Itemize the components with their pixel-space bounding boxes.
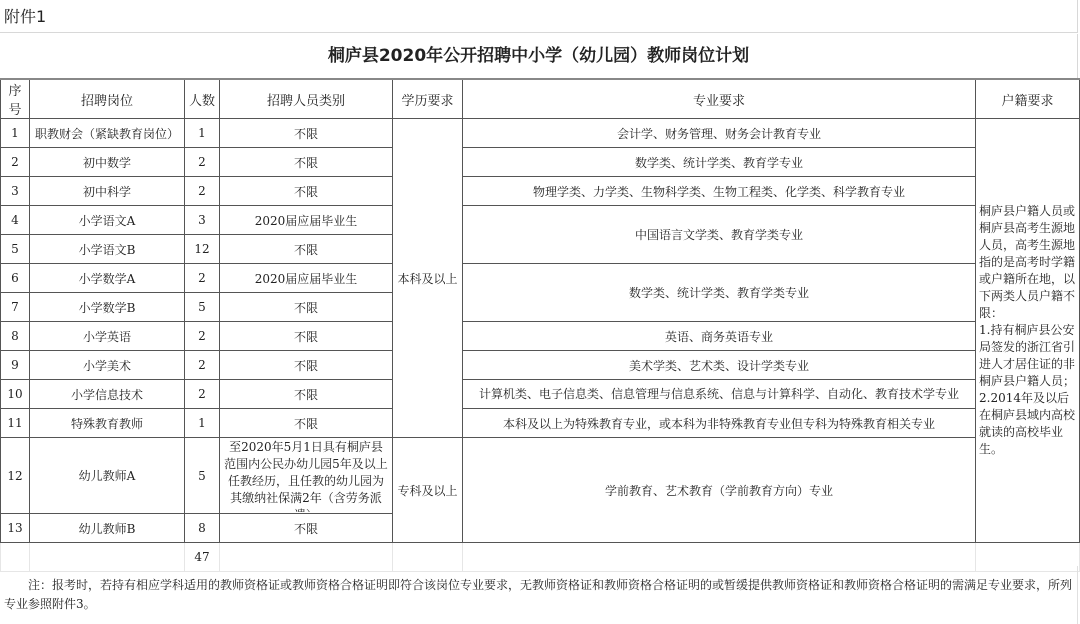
hukou-text-2: 1.持有桐庐县公安局签发的浙江省引进人才居住证的非桐庐县户籍人员； — [979, 322, 1076, 390]
cell-no: 12 — [1, 438, 30, 514]
table-header-row: 序号 招聘岗位 人数 招聘人员类别 学历要求 专业要求 户籍要求 — [1, 79, 1080, 119]
cell-position: 特殊教育教师 — [30, 409, 185, 438]
cell-major: 中国语言文学类、教育学类专业 — [463, 206, 976, 264]
attachment-label: 附件1 — [0, 0, 1078, 33]
header-hukou: 户籍要求 — [976, 79, 1080, 119]
cell-position: 小学英语 — [30, 322, 185, 351]
cell-major: 物理学类、力学类、生物科学类、生物工程类、化学类、科学教育专业 — [463, 177, 976, 206]
header-position: 招聘岗位 — [30, 79, 185, 119]
cell-position: 小学语文B — [30, 235, 185, 264]
cell-position: 初中数学 — [30, 148, 185, 177]
cell-count: 3 — [185, 206, 220, 235]
cell-no: 8 — [1, 322, 30, 351]
cell-no: 9 — [1, 351, 30, 380]
cell-major: 英语、商务英语专业 — [463, 322, 976, 351]
header-major: 专业要求 — [463, 79, 976, 119]
cell-position: 小学信息技术 — [30, 380, 185, 409]
hukou-text-1: 桐庐县户籍人员或桐庐县高考生源地人员，高考生源地指的是高考时学籍或户籍所在地，以… — [979, 203, 1076, 322]
document-title: 桐庐县2020年公开招聘中小学（幼儿园）教师岗位计划 — [0, 34, 1078, 78]
cell-count: 5 — [185, 438, 220, 514]
cell-category: 不限 — [220, 235, 393, 264]
header-no: 序号 — [1, 79, 30, 119]
cell-position: 初中科学 — [30, 177, 185, 206]
header-count: 人数 — [185, 79, 220, 119]
cell-position: 小学数学B — [30, 293, 185, 322]
cell-category: 至2020年5月1日具有桐庐县范围内公民办幼儿园5年及以上任教经历，且任教的幼儿… — [220, 438, 393, 514]
cell-major: 美术学类、艺术类、设计学类专业 — [463, 351, 976, 380]
cell-major: 数学类、统计学类、教育学专业 — [463, 148, 976, 177]
header-education: 学历要求 — [393, 79, 463, 119]
cell-count: 8 — [185, 514, 220, 543]
cell-no: 6 — [1, 264, 30, 293]
table-row: 11 特殊教育教师 1 不限 本科及以上为特殊教育专业，或本科为非特殊教育专业但… — [1, 409, 1080, 438]
cell-major: 本科及以上为特殊教育专业，或本科为非特殊教育专业但专科为特殊教育相关专业 — [463, 409, 976, 438]
cell-category: 不限 — [220, 514, 393, 543]
cell-hukou: 桐庐县户籍人员或桐庐县高考生源地人员，高考生源地指的是高考时学籍或户籍所在地，以… — [976, 119, 1080, 543]
cell-category: 2020届应届毕业生 — [220, 264, 393, 293]
cell-category: 不限 — [220, 380, 393, 409]
cell-count: 2 — [185, 322, 220, 351]
cell-no: 3 — [1, 177, 30, 206]
table-row: 2 初中数学 2 不限 数学类、统计学类、教育学专业 — [1, 148, 1080, 177]
cell-count: 2 — [185, 148, 220, 177]
cell-no: 7 — [1, 293, 30, 322]
cell-category: 不限 — [220, 119, 393, 148]
table-row: 12 幼儿教师A 5 至2020年5月1日具有桐庐县范围内公民办幼儿园5年及以上… — [1, 438, 1080, 514]
cell-category: 不限 — [220, 148, 393, 177]
cell-position: 小学美术 — [30, 351, 185, 380]
cell-position: 职教财会（紧缺教育岗位） — [30, 119, 185, 148]
cell-education-group1: 本科及以上 — [393, 119, 463, 438]
cell-major: 计算机类、电子信息类、信息管理与信息系统、信息与计算科学、自动化、教育技术学专业 — [463, 380, 976, 409]
cell-category: 不限 — [220, 409, 393, 438]
cell-category: 不限 — [220, 351, 393, 380]
cell-count: 2 — [185, 177, 220, 206]
cell-no: 1 — [1, 119, 30, 148]
table-row: 10 小学信息技术 2 不限 计算机类、电子信息类、信息管理与信息系统、信息与计… — [1, 380, 1080, 409]
cell-count: 1 — [185, 409, 220, 438]
cell-count: 1 — [185, 119, 220, 148]
cell-position: 幼儿教师B — [30, 514, 185, 543]
table-row: 3 初中科学 2 不限 物理学类、力学类、生物科学类、生物工程类、化学类、科学教… — [1, 177, 1080, 206]
table-row: 1 职教财会（紧缺教育岗位） 1 不限 本科及以上 会计学、财务管理、财务会计教… — [1, 119, 1080, 148]
cell-position: 幼儿教师A — [30, 438, 185, 514]
cell-no: 2 — [1, 148, 30, 177]
recruitment-plan-table: 序号 招聘岗位 人数 招聘人员类别 学历要求 专业要求 户籍要求 1 职教财会（… — [0, 78, 1080, 572]
cell-count: 12 — [185, 235, 220, 264]
cell-education-group2: 专科及以上 — [393, 438, 463, 543]
table-row: 6 小学数学A 2 2020届应届毕业生 数学类、统计学类、教育学类专业 — [1, 264, 1080, 293]
cell-major: 学前教育、艺术教育（学前教育方向）专业 — [463, 438, 976, 543]
cell-count: 2 — [185, 351, 220, 380]
table-row: 8 小学英语 2 不限 英语、商务英语专业 — [1, 322, 1080, 351]
cell-count: 5 — [185, 293, 220, 322]
spreadsheet: 附件1 桐庐县2020年公开招聘中小学（幼儿园）教师岗位计划 序号 招聘岗位 人… — [0, 0, 1080, 624]
category-text: 至2020年5月1日具有桐庐县范围内公民办幼儿园5年及以上任教经历，且任教的幼儿… — [224, 439, 388, 512]
table-row: 9 小学美术 2 不限 美术学类、艺术类、设计学类专业 — [1, 351, 1080, 380]
header-category: 招聘人员类别 — [220, 79, 393, 119]
cell-count: 2 — [185, 380, 220, 409]
cell-no: 11 — [1, 409, 30, 438]
table-row: 4 小学语文A 3 2020届应届毕业生 中国语言文学类、教育学类专业 — [1, 206, 1080, 235]
cell-category: 不限 — [220, 293, 393, 322]
footnote-text: 注：报考时，若持有相应学科适用的教师资格证或教师资格合格证明即符合该岗位专业要求… — [4, 578, 1072, 611]
cell-no: 13 — [1, 514, 30, 543]
cell-position: 小学语文A — [30, 206, 185, 235]
cell-major: 数学类、统计学类、教育学类专业 — [463, 264, 976, 322]
footnote: 注：报考时，若持有相应学科适用的教师资格证或教师资格合格证明即符合该岗位专业要求… — [0, 566, 1078, 624]
cell-category: 不限 — [220, 177, 393, 206]
cell-no: 4 — [1, 206, 30, 235]
cell-category: 2020届应届毕业生 — [220, 206, 393, 235]
cell-category: 不限 — [220, 322, 393, 351]
cell-position: 小学数学A — [30, 264, 185, 293]
cell-count: 2 — [185, 264, 220, 293]
cell-major: 会计学、财务管理、财务会计教育专业 — [463, 119, 976, 148]
cell-no: 5 — [1, 235, 30, 264]
hukou-text-3: 2.2014年及以后在桐庐县域内高校就读的高校毕业生。 — [979, 390, 1076, 458]
cell-no: 10 — [1, 380, 30, 409]
